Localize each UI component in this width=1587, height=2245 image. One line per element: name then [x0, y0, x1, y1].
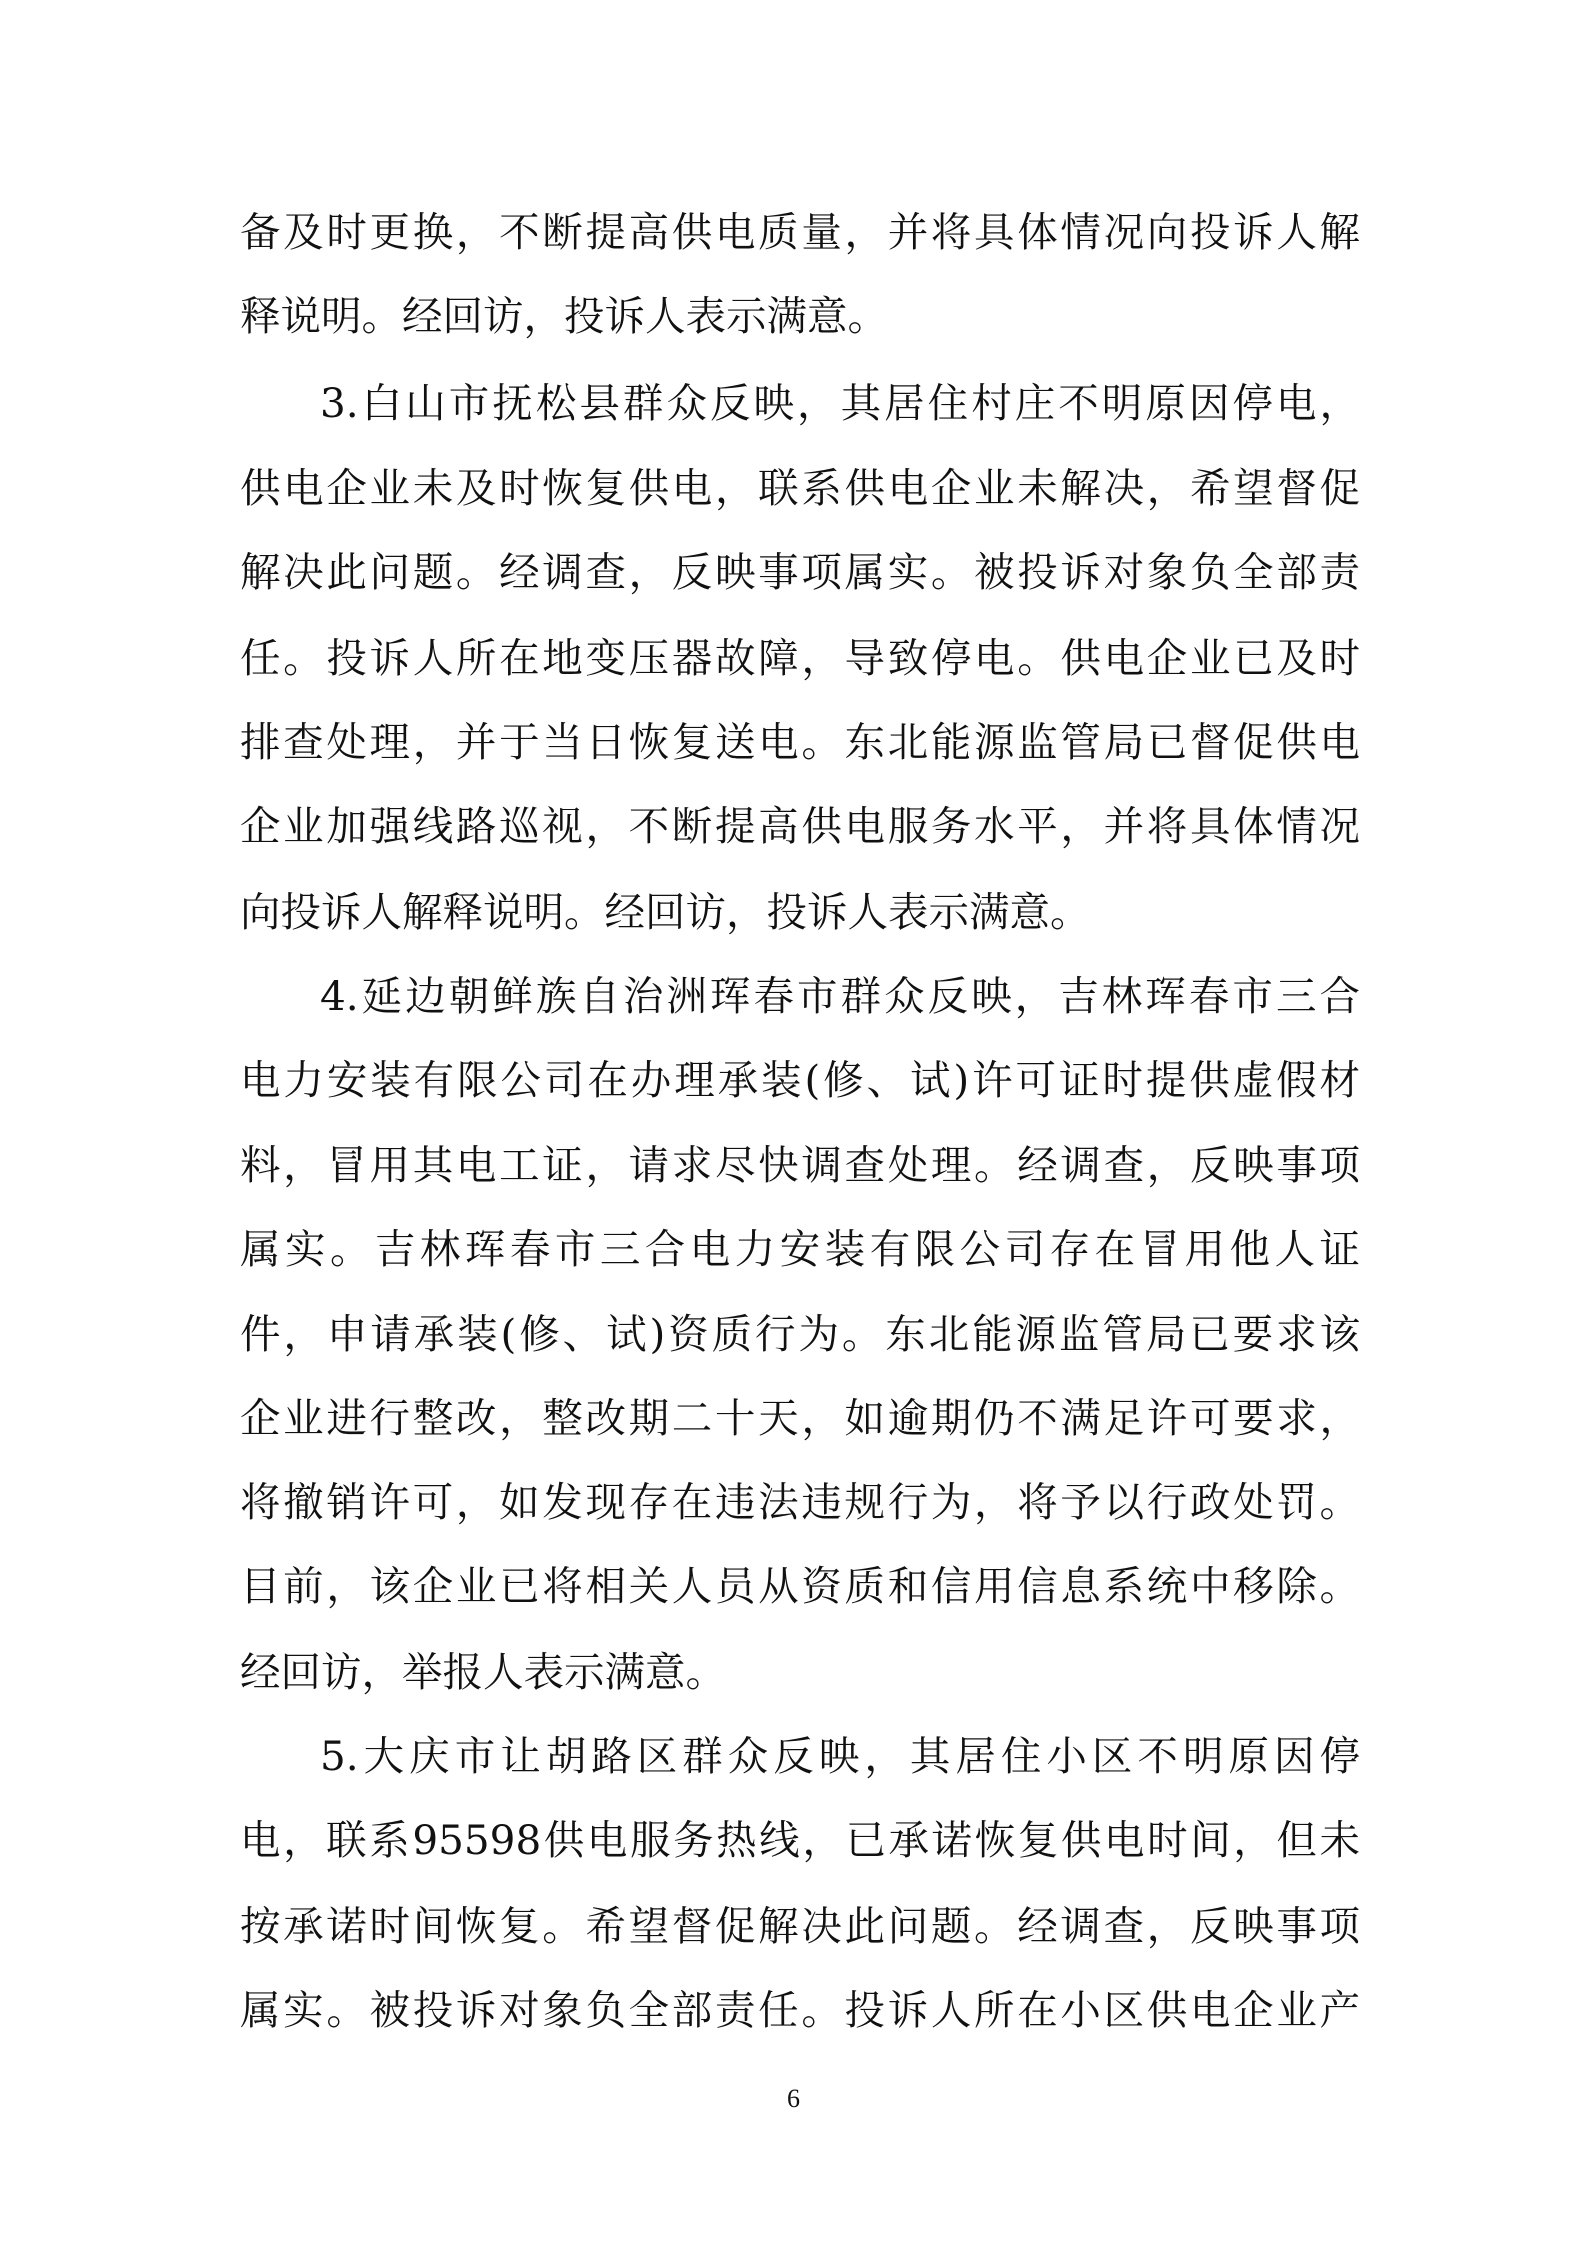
text-line: 属实。吉林珲春市三合电力安装有限公司存在冒用他人证: [240, 1219, 1360, 1279]
text-line: 任。投诉人所在地变压器故障，导致停电。供电企业已及时: [240, 628, 1360, 688]
text-line: 供电企业未及时恢复供电，联系供电企业未解决，希望督促: [240, 458, 1360, 518]
page-number: 6: [0, 2084, 1587, 2114]
text-line: 按承诺时间恢复。希望督促解决此问题。经调查，反映事项: [240, 1896, 1360, 1956]
text-line: 企业加强线路巡视，不断提高供电服务水平，并将具体情况: [240, 796, 1360, 856]
text-line: 经回访，举报人表示满意。: [240, 1642, 1360, 1702]
text-line: 解决此问题。经调查，反映事项属实。被投诉对象负全部责: [240, 542, 1360, 602]
text-line: 备及时更换，不断提高供电质量，并将具体情况向投诉人解: [240, 202, 1360, 262]
text-line: 电，联系95598供电服务热线，已承诺恢复供电时间，但未: [240, 1810, 1360, 1870]
text-line: 企业进行整改，整改期二十天，如逾期仍不满足许可要求，: [240, 1388, 1360, 1448]
text-line: 目前，该企业已将相关人员从资质和信用信息系统中移除。: [240, 1556, 1360, 1616]
text-line: 属实。被投诉对象负全部责任。投诉人所在小区供电企业产: [240, 1980, 1360, 2040]
text-line: 电力安装有限公司在办理承装(修、试)许可证时提供虚假材: [240, 1050, 1360, 1110]
text-line: 排查处理，并于当日恢复送电。东北能源监管局已督促供电: [240, 712, 1360, 772]
text-line: 件，申请承装(修、试)资质行为。东北能源监管局已要求该: [240, 1304, 1360, 1364]
text-line: 料，冒用其电工证，请求尽快调查处理。经调查，反映事项: [240, 1135, 1360, 1195]
text-line: 向投诉人解释说明。经回访，投诉人表示满意。: [240, 882, 1360, 942]
paragraph-4-start: 4.延边朝鲜族自治洲珲春市群众反映，吉林珲春市三合: [320, 966, 1360, 1026]
text-line: 释说明。经回访，投诉人表示满意。: [240, 286, 1360, 346]
paragraph-3-start: 3.白山市抚松县群众反映，其居住村庄不明原因停电，: [320, 373, 1360, 433]
text-line: 将撤销许可，如发现存在违法违规行为，将予以行政处罚。: [240, 1472, 1360, 1532]
document-page: 备及时更换，不断提高供电质量，并将具体情况向投诉人解 释说明。经回访，投诉人表示…: [0, 0, 1587, 2245]
paragraph-5-start: 5.大庆市让胡路区群众反映，其居住小区不明原因停: [320, 1726, 1360, 1786]
